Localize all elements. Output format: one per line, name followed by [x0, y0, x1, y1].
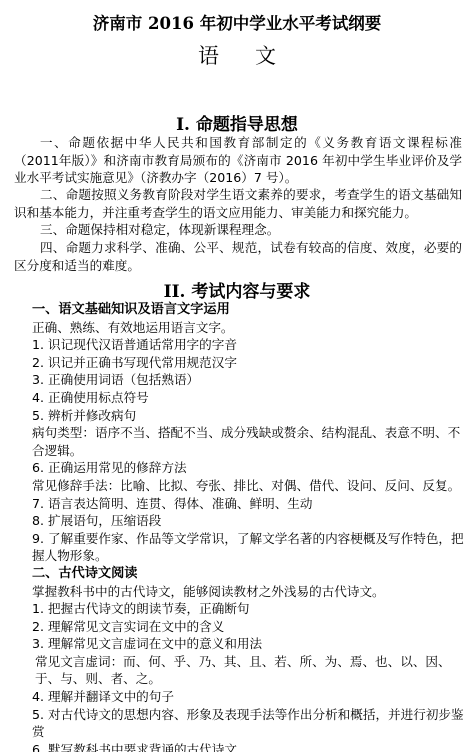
list-item: 2. 识记并正确书写现代常用规范汉字	[32, 354, 464, 372]
section2-heading: II. 考试内容与要求	[0, 277, 474, 302]
list-item: 2. 理解常见文言实词在文中的含义	[32, 618, 464, 636]
part2-intro: 掌握教科书中的古代诗文，能够阅读教材之外浅易的古代诗文。	[32, 583, 464, 601]
list-item: 1. 把握古代诗文的朗读节奏，正确断句	[32, 600, 464, 618]
subject-char-2: 文	[255, 40, 276, 70]
part1-intro: 正确、熟练、有效地运用语言文字。	[32, 319, 464, 337]
list-item: 6. 正确运用常见的修辞方法	[32, 459, 464, 477]
document-title: 济南市 2016 年初中学业水平考试纲要	[0, 10, 474, 34]
list-item: 1. 识记现代汉语普通话常用字的字音	[32, 336, 464, 354]
list-item: 3. 理解常见文言虚词在文中的意义和用法	[32, 635, 464, 653]
list-item: 4. 理解并翻译文中的句子	[32, 688, 464, 706]
list-item: 3. 正确使用词语（包括熟语）	[32, 371, 464, 389]
list-item: 6. 默写教科书中要求背诵的古代诗文	[32, 741, 464, 752]
list-note: 常见文言虚词：而、何、乎、乃、其、且、若、所、为、焉、也、以、因、于、与、则、者…	[32, 653, 464, 688]
part2-title: 二、古代诗文阅读	[32, 565, 464, 583]
list-item: 7. 语言表达简明、连贯、得体、准确、鲜明、生动	[32, 495, 464, 513]
section2-content: 一、语文基础知识及语言文字运用 正确、熟练、有效地运用语言文字。 1. 识记现代…	[32, 301, 464, 752]
list-item: 8. 扩展语句，压缩语段	[32, 512, 464, 530]
list-item: 9. 了解重要作家、作品等文学常识，了解文学名著的内容梗概及写作特色，把握人物形…	[32, 530, 464, 565]
list-note: 病句类型：语序不当、搭配不当、成分残缺或赘余、结构混乱、表意不明、不合逻辑。	[32, 424, 464, 459]
list-item: 4. 正确使用标点符号	[32, 389, 464, 407]
section1-paragraph: 二、命题按照义务教育阶段对学生语文素养的要求，考查学生的语文基础知识和基本能力，…	[14, 186, 462, 221]
section1-paragraph: 三、命题保持相对稳定，体现新课程理念。	[14, 221, 462, 239]
part1-title: 一、语文基础知识及语言文字运用	[32, 301, 464, 319]
subject-char-1: 语	[198, 40, 219, 70]
section1-paragraph: 四、命题力求科学、准确、公平、规范，试卷有较高的信度、效度，必要的区分度和适当的…	[14, 239, 462, 274]
section1-paragraph: 一、命题依据中华人民共和国教育部制定的《义务教育语文课程标准（2011年版）》和…	[14, 134, 462, 187]
list-item: 5. 辨析并修改病句	[32, 407, 464, 425]
list-item: 5. 对古代诗文的思想内容、形象及表现手法等作出分析和概括，并进行初步鉴赏	[32, 706, 464, 741]
section1-heading: I. 命题指导思想	[0, 110, 474, 135]
list-note: 常见修辞手法：比喻、比拟、夸张、排比、对偶、借代、设问、反问、反复。	[32, 477, 464, 495]
subject-title: 语文	[0, 40, 474, 70]
